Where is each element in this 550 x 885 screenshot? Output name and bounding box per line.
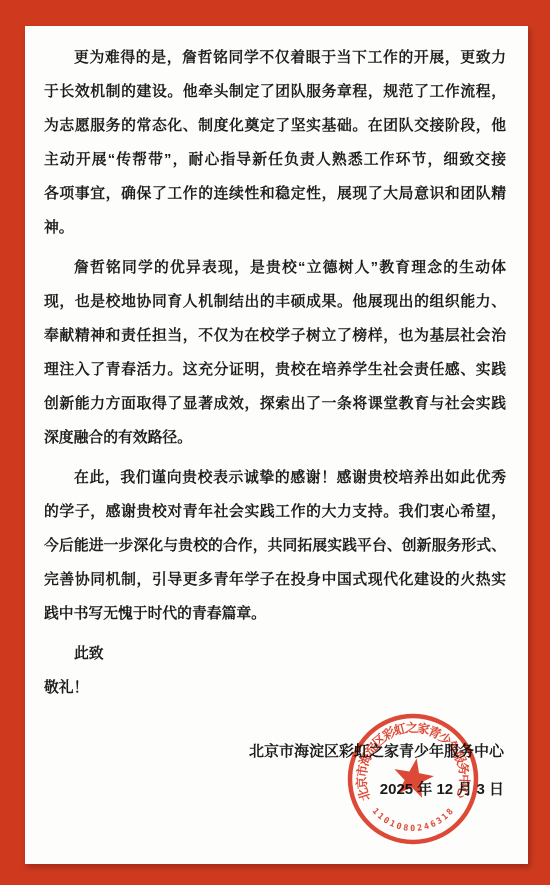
text-line: 于长效机制的建设。他牵头制定了团队服务章程，规范了工作流程， (44, 75, 506, 109)
text-line: 完善协同机制，引导更多青年学子在投身中国式现代化建设的火热实 (44, 563, 506, 597)
text-line: 神。 (44, 211, 506, 245)
letter-page: 更为难得的是，詹哲铭同学不仅着眼于当下工作的开展，更致力 于长效机制的建设。他牵… (25, 26, 528, 864)
star-icon (390, 755, 436, 799)
seal-serial-number: 1101080246318 (370, 806, 457, 834)
text-line: 理注入了青春活力。这充分证明，贵校在培养学生社会责任感、实践 (44, 353, 506, 387)
text-line: 践中书写无愧于时代的青春篇章。 (44, 597, 506, 631)
letter-body: 更为难得的是，詹哲铭同学不仅着眼于当下工作的开展，更致力 于长效机制的建设。他牵… (44, 41, 506, 809)
paragraph-3: 在此，我们谨向贵校表示诚挚的感谢！感谢贵校培养出如此优秀 的学子，感谢贵校对青年… (44, 461, 506, 631)
letter-canvas: { "colors": { "border": "#cf3a1e", "pape… (0, 0, 550, 885)
text-line: 更为难得的是，詹哲铭同学不仅着眼于当下工作的开展，更致力 (44, 41, 506, 75)
text-line: 现，也是校地协同育人机制结出的丰硕成果。他展现出的组织能力、 (44, 285, 506, 319)
closing-cizhi-line: 此致 (44, 637, 506, 671)
svg-text:1101080246318: 1101080246318 (370, 806, 457, 834)
text-line: 奉献精神和责任担当，不仅为在校学子树立了榜样，也为基层社会治 (44, 319, 506, 353)
text-line: 各项事宜，确保了工作的连续性和稳定性，展现了大局意识和团队精 (44, 177, 506, 211)
text-line: 深度融合的有效路径。 (44, 421, 506, 455)
closing-jingli-line: 敬礼！ (44, 671, 506, 705)
text-line: 今后能进一步深化与贵校的合作，共同拓展实践平台、创新服务形式、 (44, 529, 506, 563)
text-line: 为志愿服务的常态化、制度化奠定了坚实基础。在团队交接阶段，他 (44, 109, 506, 143)
text-line: 詹哲铭同学的优异表现，是贵校“立德树人”教育理念的生动体 (44, 251, 506, 285)
official-seal: 北京市海淀区彩虹之家青少年服务中心 1101080246318 (338, 704, 488, 854)
text-line: 的学子，感谢贵校对青年社会实践工作的大力支持。我们衷心希望， (44, 495, 506, 529)
text-line: 在此，我们谨向贵校表示诚挚的感谢！感谢贵校培养出如此优秀 (44, 461, 506, 495)
paragraph-2: 詹哲铭同学的优异表现，是贵校“立德树人”教育理念的生动体 现，也是校地协同育人机… (44, 251, 506, 455)
text-line: 主动开展“传帮带”，耐心指导新任负责人熟悉工作环节，细致交接 (44, 143, 506, 177)
paragraph-1: 更为难得的是，詹哲铭同学不仅着眼于当下工作的开展，更致力 于长效机制的建设。他牵… (44, 41, 506, 245)
text-line: 创新能力方面取得了显著成效，探索出了一条将课堂教育与社会实践 (44, 387, 506, 421)
